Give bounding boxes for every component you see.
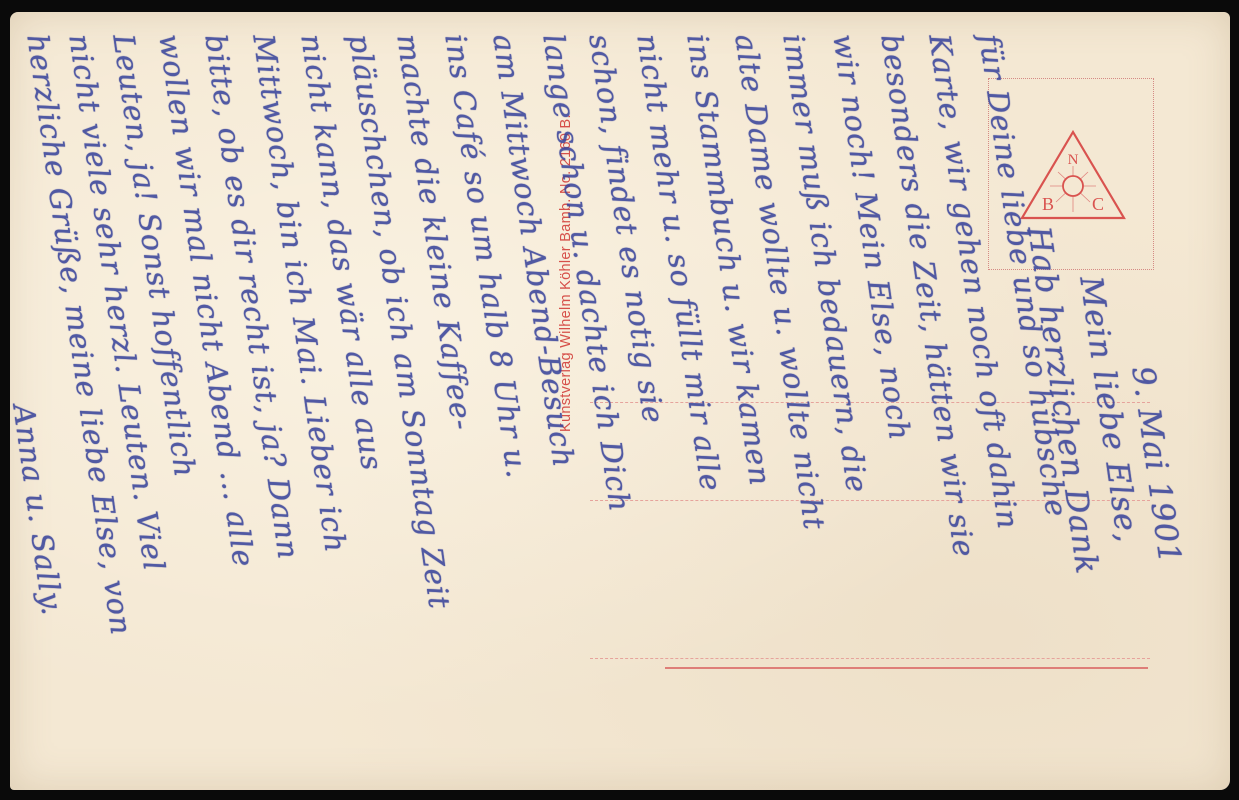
logo-letter-c: C (1092, 194, 1104, 214)
logo-letter-b: B (1042, 194, 1054, 214)
handwritten-signature: Anna u. Sally. (10, 402, 70, 618)
postcard-back: N B C Kunstverlag Wilhelm Köhler Bamb. N… (10, 12, 1230, 790)
address-line-3 (590, 658, 1150, 659)
logo-letter-n: N (1068, 152, 1079, 168)
nbc-triangle-logo-icon: N B C (1018, 128, 1128, 224)
address-divider-line (665, 667, 1148, 669)
